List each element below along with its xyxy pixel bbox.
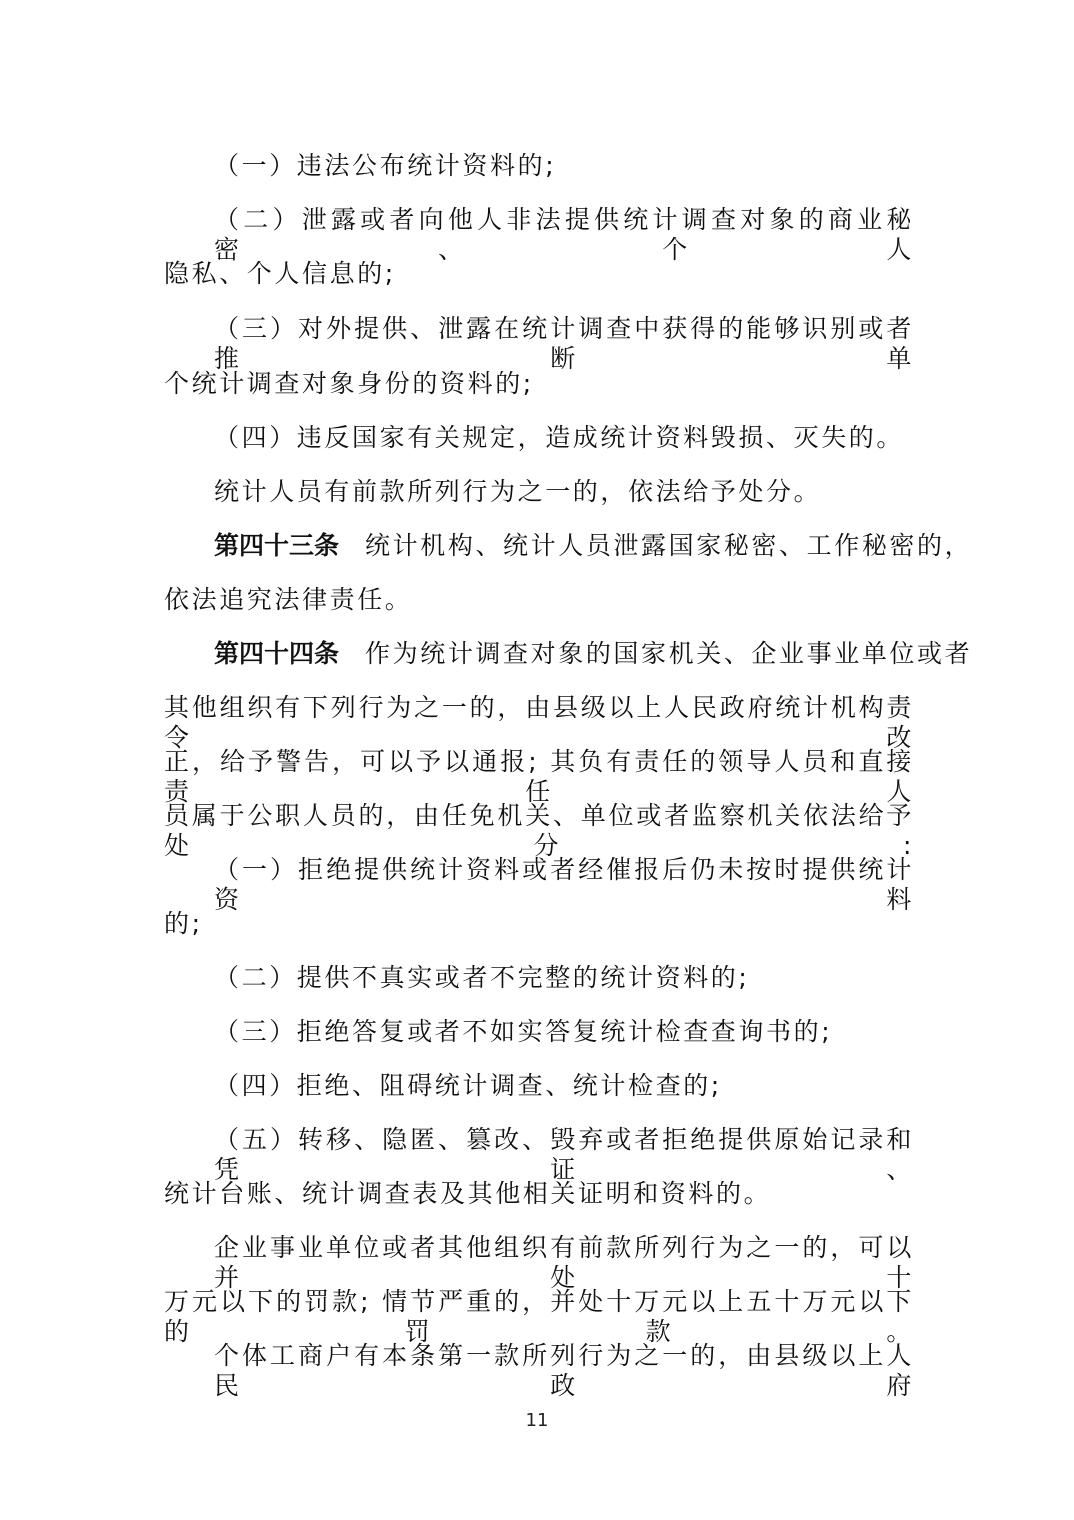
list-item-44-1-cont: 的; <box>164 909 914 939</box>
article-title: 第四十四条 <box>214 639 339 668</box>
text: 的; <box>164 909 203 938</box>
text: 统计机构、统计人员泄露国家秘密、工作秘密的， <box>365 531 972 560</box>
text: 隐私、个人信息的; <box>164 259 396 288</box>
text: 作为统计调查对象的国家机关、企业事业单位或者 <box>365 639 972 668</box>
text: （四）违反国家有关规定，造成统计资料毁损、灭失的。 <box>214 423 904 452</box>
list-item-44-5-cont: 统计台账、统计调查表及其他相关证明和资料的。 <box>164 1179 914 1209</box>
text: 万元以下的罚款; 情节严重的，并处十万元以上五十万元以下的罚款。 <box>164 1287 914 1346</box>
page-number: 11 <box>0 1410 1074 1432</box>
list-item-44-1: （一）拒绝提供统计资料或者经催报后仍未按时提供统计资料 <box>214 855 914 915</box>
text: 个体工商户有本条第一款所列行为之一的，由县级以上人民政府 <box>214 1341 914 1400</box>
list-item-44-3: （三）拒绝答复或者不如实答复统计检查查询书的; <box>214 1017 964 1047</box>
text: 企业事业单位或者其他组织有前款所列行为之一的，可以并处十 <box>214 1233 914 1292</box>
text: （一）违法公布统计资料的; <box>214 151 556 180</box>
text: （一）拒绝提供统计资料或者经催报后仍未按时提供统计资料 <box>214 855 914 914</box>
text: （二）提供不真实或者不完整的统计资料的; <box>214 963 749 992</box>
list-item-44-4: （四）拒绝、阻碍统计调查、统计检查的; <box>214 1071 964 1101</box>
text: （四）拒绝、阻碍统计调查、统计检查的; <box>214 1071 722 1100</box>
article-44-line-2: 其他组织有下列行为之一的，由县级以上人民政府统计机构责令改 <box>164 693 914 753</box>
article-43: 第四十三条统计机构、统计人员泄露国家秘密、工作秘密的， <box>214 531 964 561</box>
text: 员属于公职人员的，由任免机关、单位或者监察机关依法给予处分: <box>164 801 914 860</box>
list-item-44-2: （二）提供不真实或者不完整的统计资料的; <box>214 963 964 993</box>
list-item-3: （三）对外提供、泄露在统计调查中获得的能够识别或者推断单 <box>214 314 914 374</box>
paragraph-enterprise-fine: 企业事业单位或者其他组织有前款所列行为之一的，可以并处十 <box>214 1233 914 1293</box>
text: （五）转移、隐匿、篡改、毁弃或者拒绝提供原始记录和凭证、 <box>214 1125 914 1184</box>
document-page: （一）违法公布统计资料的; （二）泄露或者向他人非法提供统计调查对象的商业秘密、… <box>0 0 1074 1520</box>
text: 统计人员有前款所列行为之一的，依法给予处分。 <box>214 477 821 506</box>
text: 个统计调查对象身份的资料的; <box>164 369 534 398</box>
text: 统计台账、统计调查表及其他相关证明和资料的。 <box>164 1179 771 1208</box>
text: （三）拒绝答复或者不如实答复统计检查查询书的; <box>214 1017 832 1046</box>
article-44-line-3: 正，给予警告，可以予以通报; 其负有责任的领导人员和直接责任人 <box>164 747 914 807</box>
text: 依法追究法律责任。 <box>164 585 412 614</box>
article-44: 第四十四条作为统计调查对象的国家机关、企业事业单位或者 <box>214 639 964 669</box>
text: （二）泄露或者向他人非法提供统计调查对象的商业秘密、个人 <box>214 205 914 264</box>
article-43-cont: 依法追究法律责任。 <box>164 585 914 615</box>
text: （三）对外提供、泄露在统计调查中获得的能够识别或者推断单 <box>214 314 914 373</box>
text: 正，给予警告，可以予以通报; 其负有责任的领导人员和直接责任人 <box>164 747 914 806</box>
article-44-line-4: 员属于公职人员的，由任免机关、单位或者监察机关依法给予处分: <box>164 801 914 861</box>
list-item-4: （四）违反国家有关规定，造成统计资料毁损、灭失的。 <box>214 423 964 453</box>
list-item-2: （二）泄露或者向他人非法提供统计调查对象的商业秘密、个人 <box>214 205 914 265</box>
list-item-2-cont: 隐私、个人信息的; <box>164 259 914 289</box>
paragraph-enterprise-fine-cont: 万元以下的罚款; 情节严重的，并处十万元以上五十万元以下的罚款。 <box>164 1287 914 1347</box>
paragraph-individual-business: 个体工商户有本条第一款所列行为之一的，由县级以上人民政府 <box>214 1341 914 1401</box>
paragraph-penalty: 统计人员有前款所列行为之一的，依法给予处分。 <box>214 477 964 507</box>
list-item-1: （一）违法公布统计资料的; <box>214 151 964 181</box>
list-item-3-cont: 个统计调查对象身份的资料的; <box>164 369 914 399</box>
list-item-44-5: （五）转移、隐匿、篡改、毁弃或者拒绝提供原始记录和凭证、 <box>214 1125 914 1185</box>
text: 其他组织有下列行为之一的，由县级以上人民政府统计机构责令改 <box>164 693 914 752</box>
article-title: 第四十三条 <box>214 531 339 560</box>
